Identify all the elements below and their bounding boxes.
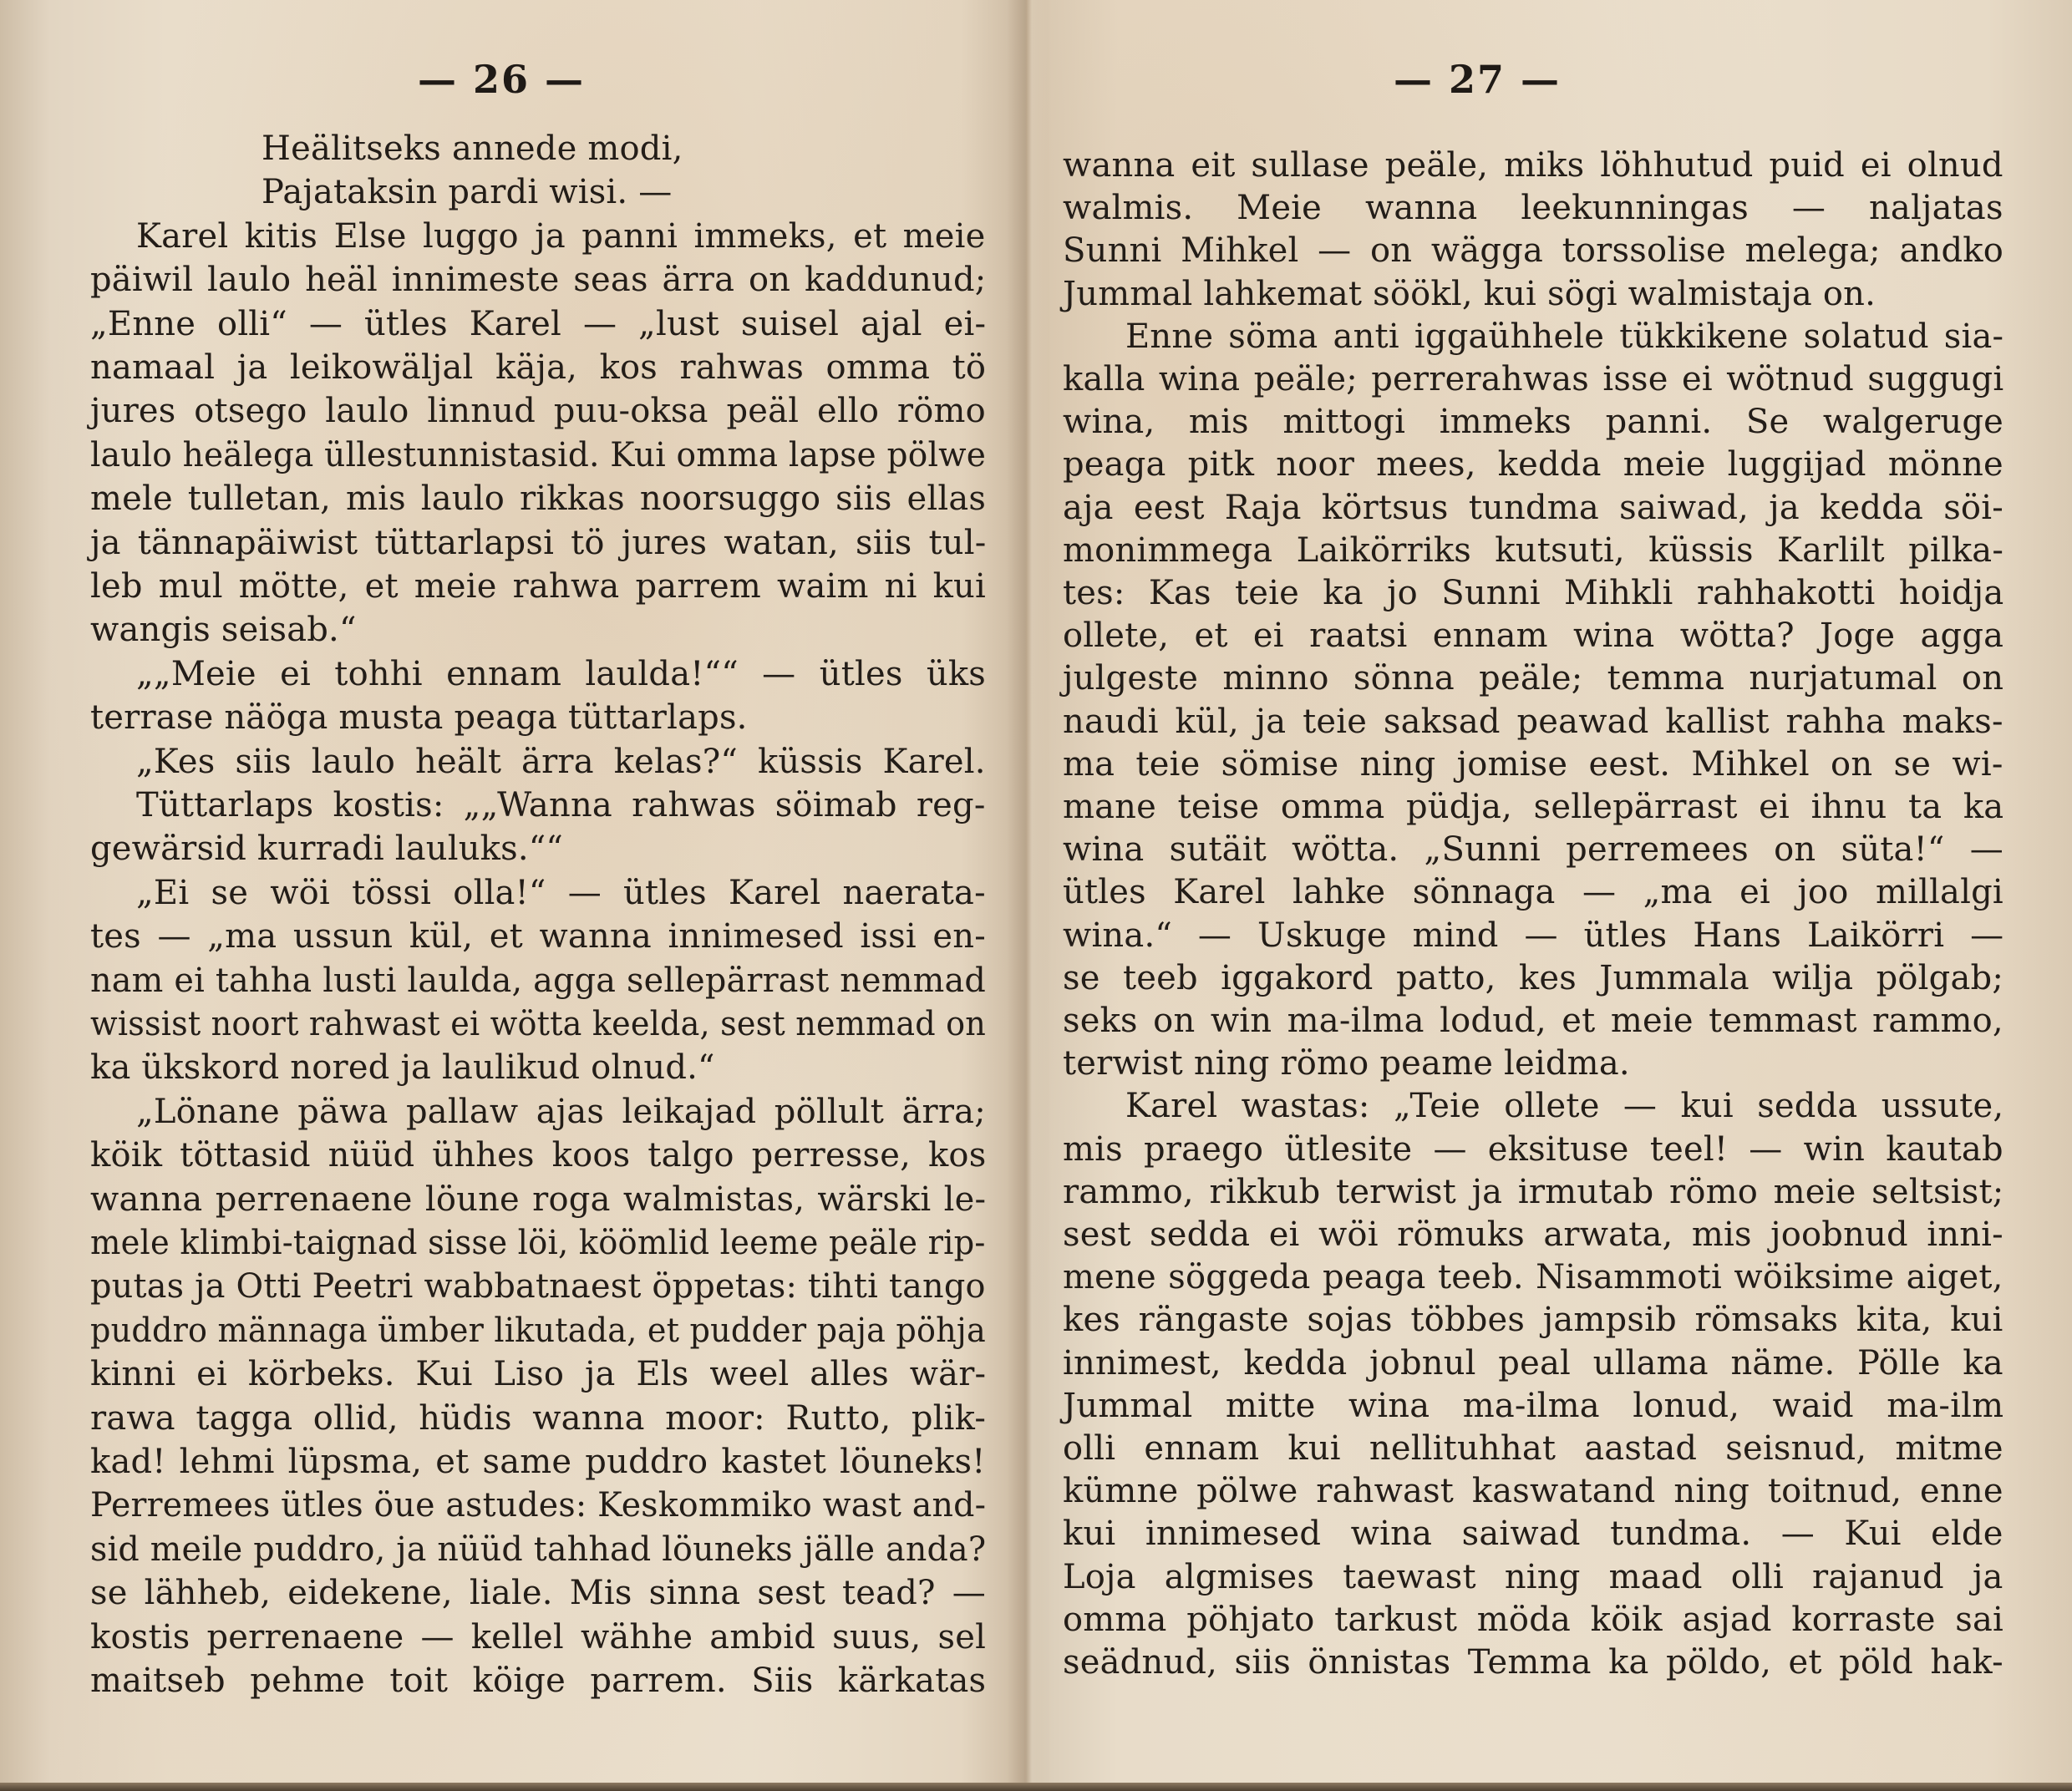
text-line: „Ei se wöi tössi olla!“ — ütles Karel na… bbox=[136, 871, 986, 915]
text-line: julgeste minno sönna peäle; temma nurjat… bbox=[1063, 657, 2003, 700]
text-line: wanna perrenaene löune roga walmistas, w… bbox=[90, 1178, 986, 1221]
text-line: laulo heälega üllestunnistasid. Kui omma… bbox=[90, 434, 986, 477]
text-line: kad! lehmi lüpsma, et same puddro kastet… bbox=[90, 1440, 986, 1484]
book-bottom-edge bbox=[0, 1783, 2072, 1791]
text-line: innimest, kedda jobnul peal ullama näme.… bbox=[1063, 1342, 2003, 1385]
text-line: terrase näöga musta peaga tüttarlaps. bbox=[90, 696, 748, 739]
text-line: Jummal mitte wina ma-ilma lonud, waid ma… bbox=[1063, 1384, 2003, 1428]
text-line: Perremees ütles öue astudes: Keskommiko … bbox=[90, 1484, 986, 1527]
text-line: nam ei tahha lusti laulda, agga sellepär… bbox=[90, 959, 986, 1002]
text-line: Karel wastas: „Teie ollete — kui sedda u… bbox=[1125, 1084, 2003, 1128]
text-line: mane teise omma püdja, sellepärrast ei i… bbox=[1063, 785, 2003, 829]
text-line: olli ennam kui nellituhhat aastad seisnu… bbox=[1063, 1427, 2003, 1470]
text-line: wangis seisab.“ bbox=[90, 608, 357, 652]
page-number-left: — 26 — bbox=[418, 57, 585, 102]
text-line: kümne pölwe rahwast kaswatand ning toitn… bbox=[1063, 1469, 2003, 1513]
text-line: maitseb pehme toit köige parrem. Siis kä… bbox=[90, 1659, 986, 1702]
text-line: peaga pitk noor mees, kedda meie luggija… bbox=[1063, 443, 2003, 486]
text-line: wina sutäit wötta. „Sunni perremees on s… bbox=[1063, 828, 2003, 871]
text-line: se lähheb, eidekene, liale. Mis sinna se… bbox=[90, 1571, 986, 1615]
text-line: „Kes siis laulo heält ärra kelas?“ küssi… bbox=[136, 740, 986, 784]
text-line: walmis. Meie wanna leekunningas — naljat… bbox=[1063, 186, 2003, 230]
text-line: Sunni Mihkel — on wägga torssolise meleg… bbox=[1063, 229, 2003, 272]
text-line: Heälitseks annede modi, bbox=[262, 127, 683, 170]
text-line: wanna eit sullase peäle, miks löhhutud p… bbox=[1063, 144, 2003, 187]
text-line: omma pöhjato tarkust möda köik asjad kor… bbox=[1063, 1598, 2003, 1641]
text-line: rawa tagga ollid, hüdis wanna moor: Rutt… bbox=[90, 1397, 986, 1440]
text-line: wina.“ — Uskuge mind — ütles Hans Laikör… bbox=[1063, 914, 2003, 957]
text-line: se teeb iggakord patto, kes Jummala wilj… bbox=[1063, 956, 2003, 1000]
text-line: tes — „ma ussun kül, et wanna innimesed … bbox=[90, 915, 986, 958]
text-line: mele klimbi-taignad sisse löi, köömlid l… bbox=[90, 1221, 986, 1265]
text-line: ka ükskord nored ja laulikud olnud.“ bbox=[90, 1046, 715, 1089]
text-line: kui innimesed wina saiwad tundma. — Kui … bbox=[1063, 1512, 2003, 1555]
text-line: Karel kitis Else luggo ja panni immeks, … bbox=[136, 215, 986, 258]
text-line: „Enne olli“ — ütles Karel — „lust suisel… bbox=[90, 302, 986, 346]
text-line: putas ja Otti Peetri wabbatnaest öppetas… bbox=[90, 1265, 986, 1308]
text-line: Pajataksin pardi wisi. — bbox=[262, 170, 672, 214]
text-line: seks on win ma-ilma lodud, et meie temma… bbox=[1063, 999, 2003, 1043]
text-line: terwist ning römo peame leidma. bbox=[1063, 1042, 1630, 1085]
text-line: mis praego ütlesite — eksituse teel! — w… bbox=[1063, 1128, 2003, 1171]
text-line: leb mul mötte, et meie rahwa parrem waim… bbox=[90, 565, 986, 608]
text-line: „Lönane päwa pallaw ajas leikajad pöllul… bbox=[136, 1090, 986, 1134]
text-line: Enne söma anti iggaühhele tükkikene sola… bbox=[1125, 315, 2003, 358]
text-line: kalla wina peäle; perrerahwas isse ei wö… bbox=[1063, 358, 2003, 401]
text-line: „„Meie ei tohhi ennam laulda!““ — ütles … bbox=[136, 652, 986, 696]
text-line: puddro männaga ümber likutada, et pudder… bbox=[90, 1309, 986, 1352]
text-line: köik töttasid nüüd ühhes koos talgo perr… bbox=[90, 1134, 986, 1177]
text-line: ma teie sömise ning jomise eest. Mihkel … bbox=[1063, 743, 2003, 786]
text-line: päiwil laulo heäl innimeste seas ärra on… bbox=[90, 258, 986, 302]
text-line: ütles Karel lahke sönnaga — „ma ei joo m… bbox=[1063, 870, 2003, 914]
text-line: jures otsego laulo linnud puu-oksa peäl … bbox=[90, 389, 986, 433]
text-line: seädnud, siis önnistas Temma ka pöldo, e… bbox=[1063, 1641, 2003, 1684]
text-line: Loja algmises taewast ning maad olli raj… bbox=[1063, 1555, 2003, 1599]
text-line: aja eest Raja körtsus tundma saiwad, ja … bbox=[1063, 486, 2003, 530]
text-line: naudi kül, ja teie saksad peawad kallist… bbox=[1063, 700, 2003, 743]
text-line: rammo, rikkub terwist ja irmutab römo me… bbox=[1063, 1170, 2003, 1214]
text-line: Jummal lahkemat söökl, kui sögi walmista… bbox=[1063, 272, 1876, 316]
text-line: mene söggeda peaga teeb. Nisammoti wöiks… bbox=[1063, 1256, 2003, 1299]
text-line: wina, mis mittogi immeks panni. Se walge… bbox=[1063, 400, 2003, 444]
text-line: kinni ei körbeks. Kui Liso ja Els weel a… bbox=[90, 1352, 986, 1396]
text-line: gewärsid kurradi lauluks.““ bbox=[90, 827, 563, 870]
text-line: sid meile puddro, ja nüüd tahhad löuneks… bbox=[90, 1528, 986, 1571]
text-line: tes: Kas teie ka jo Sunni Mihkli rahhako… bbox=[1063, 571, 2003, 615]
text-line: monimmega Laikörriks kutsuti, küssis Kar… bbox=[1063, 529, 2003, 572]
text-line: sest sedda ei wöi römuks arwata, mis joo… bbox=[1063, 1213, 2003, 1256]
text-line: wissist noort rahwast ei wötta keelda, s… bbox=[90, 1002, 986, 1046]
text-line: Tüttarlaps kostis: „„Wanna rahwas söimab… bbox=[136, 784, 986, 827]
text-line: namaal ja leikowäljal käja, kos rahwas o… bbox=[90, 346, 986, 389]
left-page: — 26 — Heälitseks annede modi,Pajataksin… bbox=[0, 0, 1026, 1791]
text-line: kostis perrenaene — kellel wähhe ambid s… bbox=[90, 1616, 986, 1659]
book-gutter bbox=[1007, 0, 1049, 1791]
right-page: — 27 — wanna eit sullase peäle, miks löh… bbox=[1026, 0, 2072, 1791]
text-line: ollete, et ei raatsi ennam wina wötta? J… bbox=[1063, 614, 2003, 657]
text-line: mele tulletan, mis laulo rikkas noorsugg… bbox=[90, 477, 986, 520]
text-line: ja tännapäiwist tüttarlapsi tö jures wat… bbox=[90, 521, 986, 565]
page-number-right: — 27 — bbox=[1394, 57, 1561, 102]
text-line: kes rängaste sojas többes jampsib römsak… bbox=[1063, 1298, 2003, 1342]
